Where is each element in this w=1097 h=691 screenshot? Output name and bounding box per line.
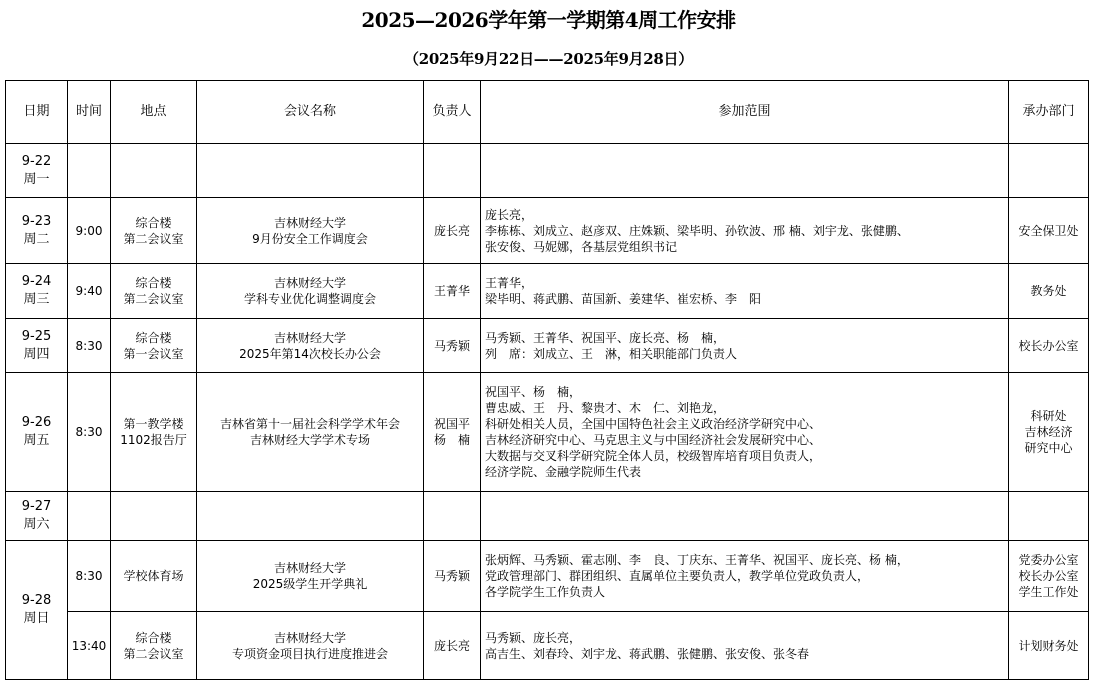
schedule-table: 日期 时间 地点 会议名称 负责人 参加范围 承办部门 9-22 周一 9-23… bbox=[5, 80, 1089, 680]
time-cell: 8:30 bbox=[68, 319, 111, 373]
page-title: 2025—2026学年第一学期第4周工作安排 bbox=[0, 6, 1097, 34]
meeting-cell: 吉林财经大学 2025年第14次校长办公会 bbox=[197, 319, 424, 373]
host-cell: 庞长亮 bbox=[424, 198, 481, 264]
attendees-cell: 张炳辉、马秀颖、霍志刚、李 良、丁庆东、王菁华、祝国平、庞长亮、杨 楠， 党政管… bbox=[481, 541, 1009, 612]
meeting-cell: 吉林财经大学 专项资金项目执行进度推进会 bbox=[197, 612, 424, 680]
department-cell: 校长办公室 bbox=[1009, 319, 1089, 373]
time-cell: 8:30 bbox=[68, 373, 111, 492]
column-header-time: 时间 bbox=[68, 81, 111, 144]
column-header-host: 负责人 bbox=[424, 81, 481, 144]
table-row: 9-25 周四 8:30 综合楼 第一会议室 吉林财经大学 2025年第14次校… bbox=[6, 319, 1089, 373]
time-cell: 9:00 bbox=[68, 198, 111, 264]
time-cell: 9:40 bbox=[68, 264, 111, 319]
column-header-location: 地点 bbox=[111, 81, 197, 144]
department-cell: 科研处 吉林经济 研究中心 bbox=[1009, 373, 1089, 492]
table-header-row: 日期 时间 地点 会议名称 负责人 参加范围 承办部门 bbox=[6, 81, 1089, 144]
meeting-cell: 吉林财经大学 学科专业优化调整调度会 bbox=[197, 264, 424, 319]
column-header-meeting: 会议名称 bbox=[197, 81, 424, 144]
department-cell: 教务处 bbox=[1009, 264, 1089, 319]
attendees-cell bbox=[481, 492, 1009, 541]
location-cell: 综合楼 第二会议室 bbox=[111, 264, 197, 319]
meeting-cell bbox=[197, 492, 424, 541]
attendees-cell: 王菁华， 梁毕明、蒋武鹏、苗国新、姜建华、崔宏桥、李 阳 bbox=[481, 264, 1009, 319]
date-cell: 9-22 周一 bbox=[6, 144, 68, 198]
attendees-cell bbox=[481, 144, 1009, 198]
host-cell bbox=[424, 144, 481, 198]
location-cell: 综合楼 第一会议室 bbox=[111, 319, 197, 373]
host-cell: 马秀颖 bbox=[424, 319, 481, 373]
time-cell: 8:30 bbox=[68, 541, 111, 612]
department-cell bbox=[1009, 492, 1089, 541]
column-header-department: 承办部门 bbox=[1009, 81, 1089, 144]
host-cell: 马秀颖 bbox=[424, 541, 481, 612]
table-row: 9-27 周六 bbox=[6, 492, 1089, 541]
date-cell: 9-25 周四 bbox=[6, 319, 68, 373]
table-row: 9-28 周日 8:30 学校体育场 吉林财经大学 2025级学生开学典礼 马秀… bbox=[6, 541, 1089, 612]
time-cell bbox=[68, 492, 111, 541]
location-cell: 综合楼 第二会议室 bbox=[111, 198, 197, 264]
table-row: 9-23 周二 9:00 综合楼 第二会议室 吉林财经大学 9月份安全工作调度会… bbox=[6, 198, 1089, 264]
column-header-date: 日期 bbox=[6, 81, 68, 144]
date-cell: 9-23 周二 bbox=[6, 198, 68, 264]
attendees-cell: 马秀颖、王菁华、祝国平、庞长亮、杨 楠， 列 席：刘成立、王 淋，相关职能部门负… bbox=[481, 319, 1009, 373]
attendees-cell: 庞长亮， 李栋栋、刘成立、赵彦双、庄姝颖、梁毕明、孙钦波、邢 楠、刘宇龙、张健鹏… bbox=[481, 198, 1009, 264]
table-row: 9-24 周三 9:40 综合楼 第二会议室 吉林财经大学 学科专业优化调整调度… bbox=[6, 264, 1089, 319]
department-cell bbox=[1009, 144, 1089, 198]
location-cell: 学校体育场 bbox=[111, 541, 197, 612]
date-cell: 9-26 周五 bbox=[6, 373, 68, 492]
department-cell: 党委办公室 校长办公室 学生工作处 bbox=[1009, 541, 1089, 612]
location-cell bbox=[111, 144, 197, 198]
date-cell: 9-28 周日 bbox=[6, 541, 68, 680]
department-cell: 计划财务处 bbox=[1009, 612, 1089, 680]
host-cell: 祝国平 杨 楠 bbox=[424, 373, 481, 492]
attendees-cell: 祝国平、杨 楠， 曹忠威、王 丹、黎贵才、木 仁、刘艳龙， 科研处相关人员，全国… bbox=[481, 373, 1009, 492]
date-cell: 9-24 周三 bbox=[6, 264, 68, 319]
host-cell: 庞长亮 bbox=[424, 612, 481, 680]
column-header-attendees: 参加范围 bbox=[481, 81, 1009, 144]
time-cell: 13:40 bbox=[68, 612, 111, 680]
time-cell bbox=[68, 144, 111, 198]
location-cell: 第一教学楼 1102报告厅 bbox=[111, 373, 197, 492]
table-row: 9-22 周一 bbox=[6, 144, 1089, 198]
meeting-cell: 吉林省第十一届社会科学学术年会 吉林财经大学学术专场 bbox=[197, 373, 424, 492]
meeting-cell: 吉林财经大学 2025级学生开学典礼 bbox=[197, 541, 424, 612]
location-cell bbox=[111, 492, 197, 541]
location-cell: 综合楼 第二会议室 bbox=[111, 612, 197, 680]
attendees-cell: 马秀颖、庞长亮， 高吉生、刘春玲、刘宇龙、蒋武鹏、张健鹏、张安俊、张冬春 bbox=[481, 612, 1009, 680]
table-row: 13:40 综合楼 第二会议室 吉林财经大学 专项资金项目执行进度推进会 庞长亮… bbox=[6, 612, 1089, 680]
table-row: 9-26 周五 8:30 第一教学楼 1102报告厅 吉林省第十一届社会科学学术… bbox=[6, 373, 1089, 492]
date-range-subtitle: （2025年9月22日——2025年9月28日） bbox=[0, 48, 1097, 70]
date-cell: 9-27 周六 bbox=[6, 492, 68, 541]
meeting-cell bbox=[197, 144, 424, 198]
host-cell bbox=[424, 492, 481, 541]
department-cell: 安全保卫处 bbox=[1009, 198, 1089, 264]
meeting-cell: 吉林财经大学 9月份安全工作调度会 bbox=[197, 198, 424, 264]
host-cell: 王菁华 bbox=[424, 264, 481, 319]
